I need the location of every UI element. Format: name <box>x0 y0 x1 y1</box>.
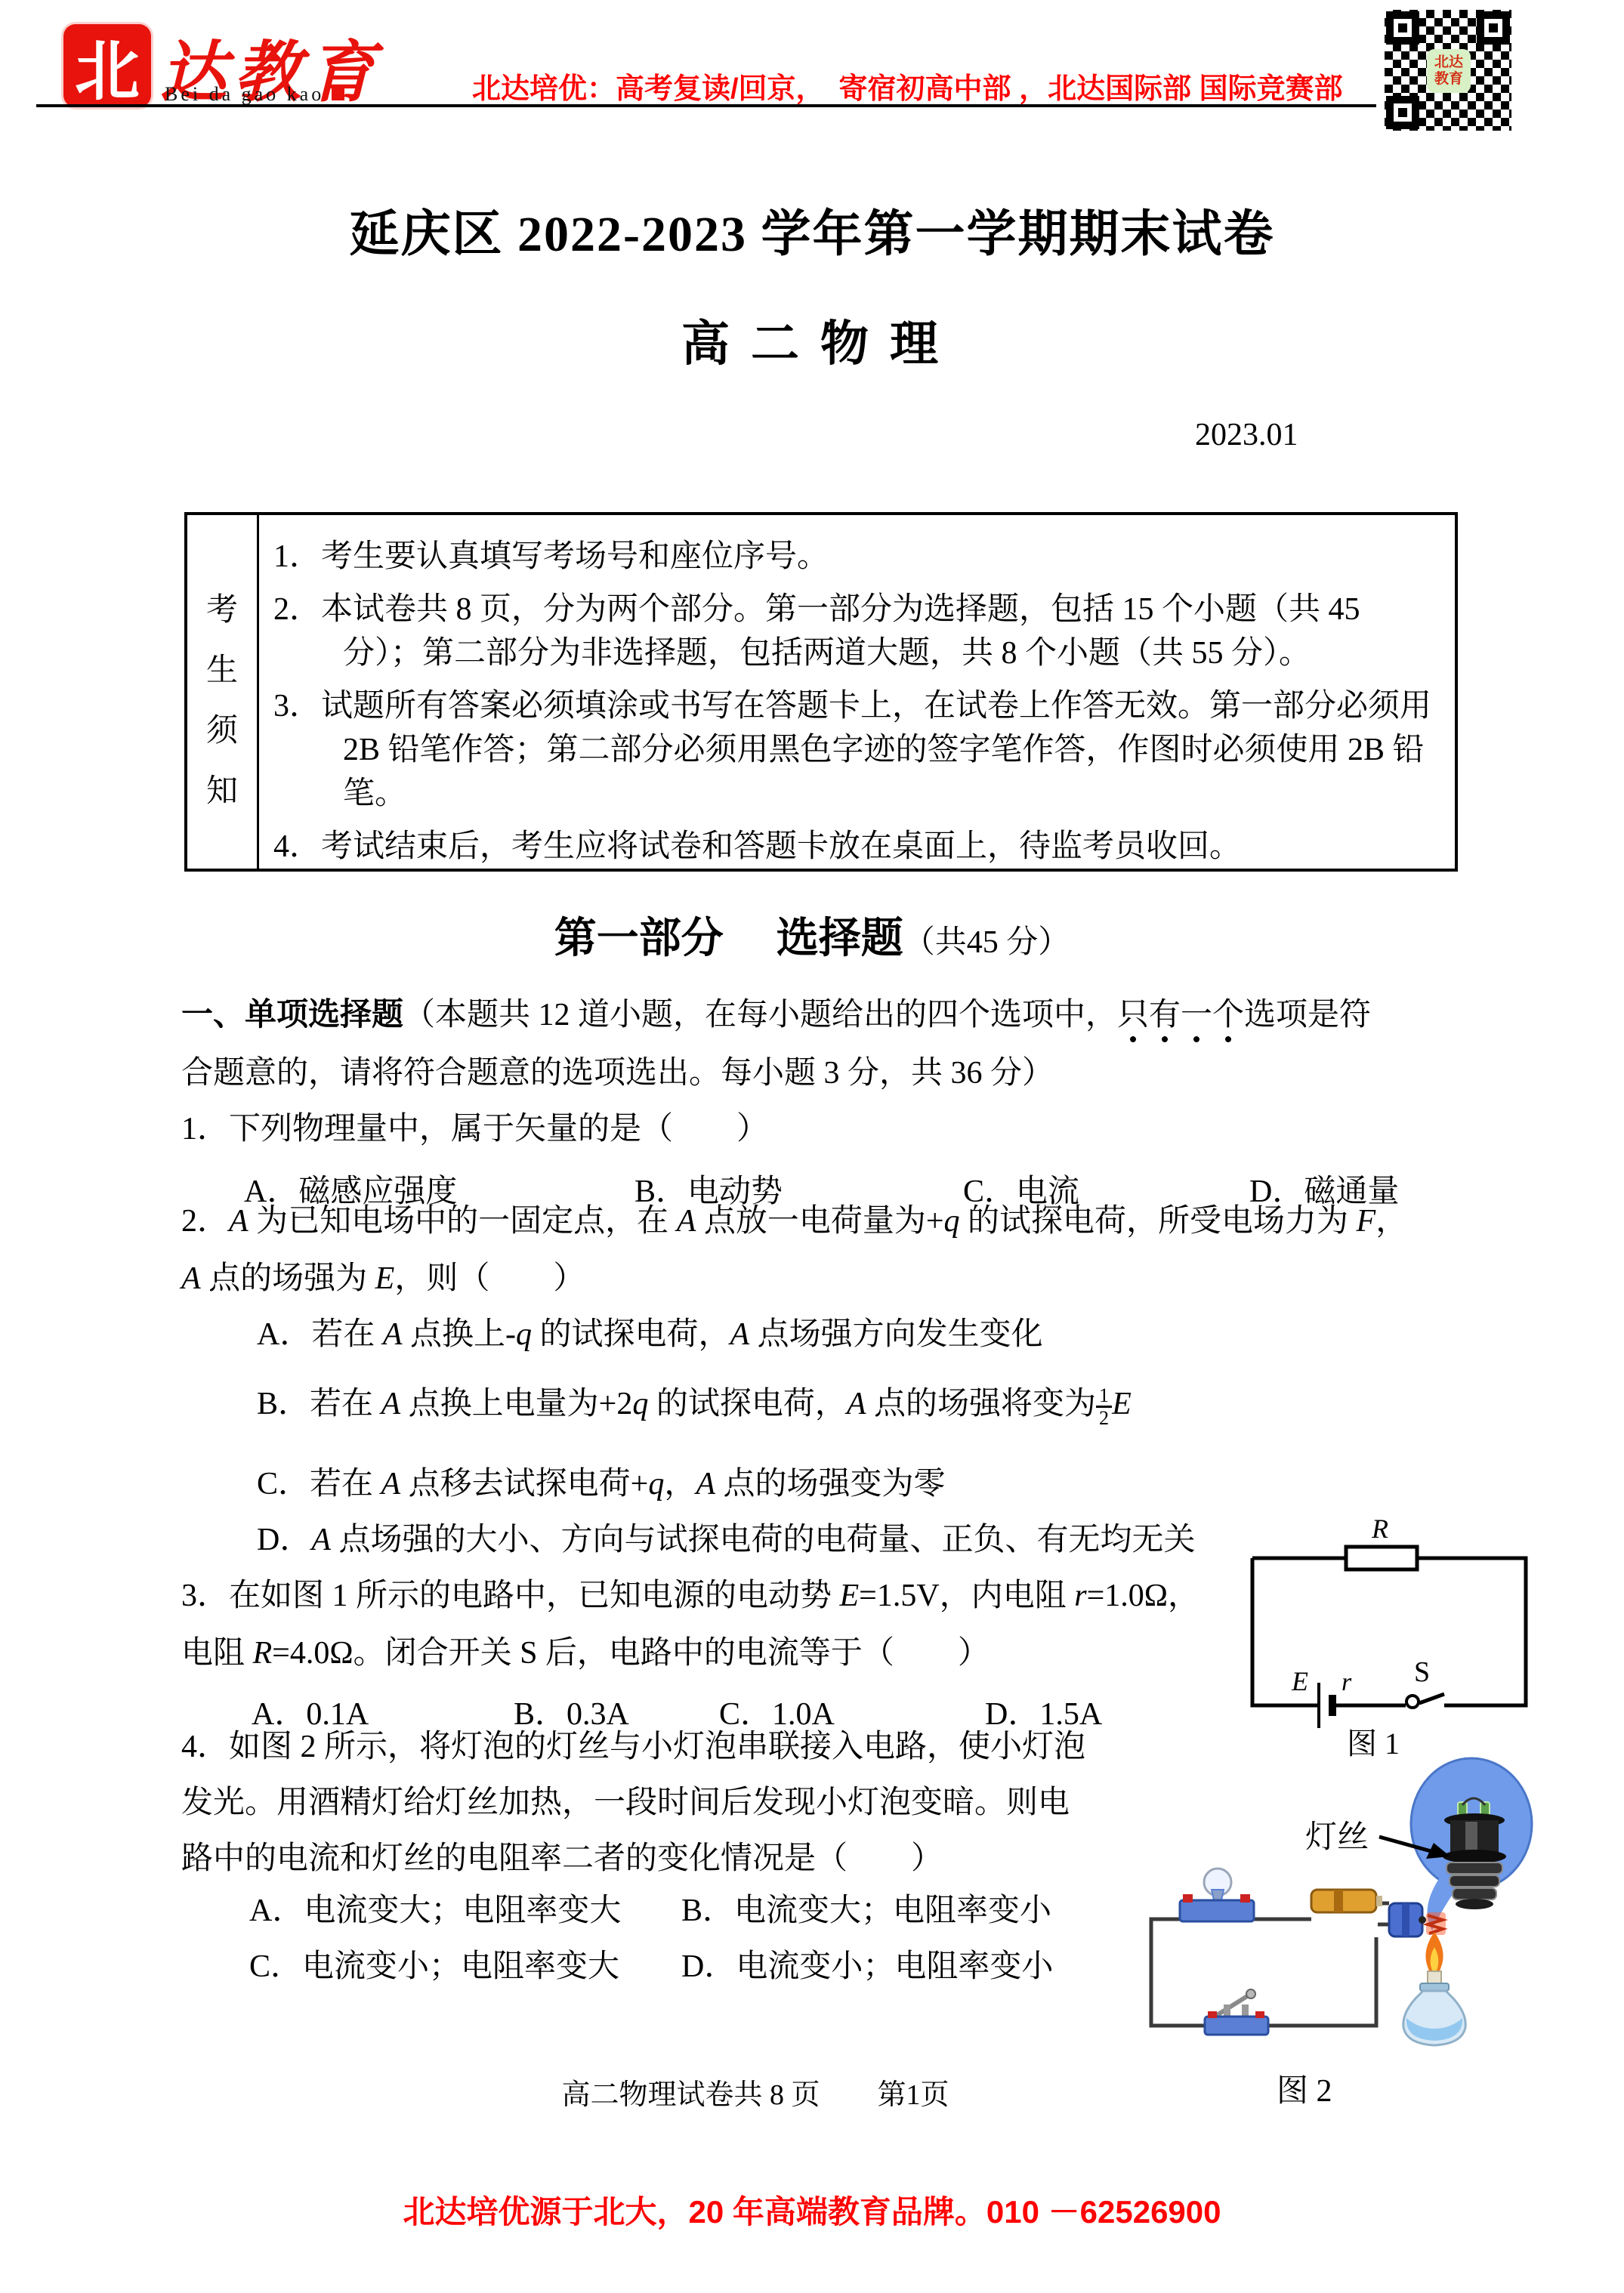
page-number-note: 高二物理试卷共 8 页 第1页 <box>0 2071 1511 2112</box>
seal-character: 北 <box>75 19 140 113</box>
exam-paper-page: 北 达教育 Bei da gao kao 北达培优：高考复读/回京， 寄宿初高中… <box>0 0 1624 2293</box>
brand-subtitle: Bei da gao kao <box>165 83 344 106</box>
question-3-stem-line1: 3．在如图 1 所示的电路中，已知电源的电动势 E=1.5V，内电阻 r=1.0… <box>181 1575 1199 1616</box>
filament-callout-label: 灯丝 <box>1305 1820 1369 1855</box>
brand-seal-logo: 北 <box>63 24 151 107</box>
single-choice-intro-line2: 合题意的，请将符合题意的选项选出。每小题 3 分，共 36 分） <box>181 1053 1054 1094</box>
notice-item: 1．考生要认真填写考场号和座位序号。 <box>343 535 1434 579</box>
internal-resistance-label: r <box>1341 1668 1352 1696</box>
question-4-stem-line2: 发光。用酒精灯给灯丝加热，一段时间后发现小灯泡变暗。则电 <box>181 1782 1070 1823</box>
red-square-icon <box>332 88 344 100</box>
question-2-option-d: D．A 点场强的大小、方向与试探电荷的电荷量、正负、有无均无关 <box>257 1520 1196 1560</box>
question-4-stem-line3: 路中的电流和灯丝的电阻率二者的变化情况是（ ） <box>181 1838 943 1879</box>
single-choice-intro-line1: 一、单项选择题（本题共 12 道小题，在每小题给出的四个选项中，只有一个选项是符 <box>181 994 1371 1035</box>
qr-finder-icon <box>1477 11 1510 45</box>
question-2-option-c: C．若在 A 点移去试探电荷+q，A 点的场强变为零 <box>257 1464 946 1504</box>
emf-label: E <box>1291 1666 1308 1696</box>
question-1-stem: 1．下列物理量中，属于矢量的是（ ） <box>181 1109 768 1150</box>
alcohol-lamp <box>1403 1971 1465 2045</box>
heated-filament <box>1426 1912 1446 1935</box>
resistor-label: R <box>1371 1514 1388 1544</box>
circuit-figure-1: R E r S 图 1 <box>1246 1511 1533 1767</box>
header-slogan: 北达培优：高考复读/回京， 寄宿初高中部 ，北达国际部 国际竞赛部 <box>472 65 1343 106</box>
notice-side-label: 考 生 须 知 <box>187 515 259 869</box>
question-2-stem-line1: 2．A 为已知电场中的一固定点，在 A 点放一电荷量为+q 的试探电荷，所受电场… <box>181 1201 1407 1242</box>
notice-item: 4．考试结束后，考生应将试卷和答题卡放在桌面上，待监考员收回。 <box>343 825 1434 869</box>
battery-cell <box>1311 1890 1382 1912</box>
question-4-stem-line1: 4．如图 2 所示，将灯泡的灯丝与小灯泡串联接入电路，使小灯泡 <box>181 1727 1085 1767</box>
question-2-option-b: B．若在 A 点换上电量为+2q 的试探电荷，A 点的场强将变为12E <box>257 1384 1132 1429</box>
header-divider <box>36 104 1376 107</box>
subject-title: 高 二 物 理 <box>0 305 1624 375</box>
qr-finder-icon <box>1386 11 1419 45</box>
question-4-option-d: D．电流变小；电阻率变小 <box>681 1941 1053 1986</box>
experiment-switch <box>1205 1989 1268 2035</box>
question-2-stem-line2: A 点的场强为 E，则（ ） <box>181 1258 585 1299</box>
qr-code: 北达 教育 <box>1385 10 1511 131</box>
question-4-option-c: C．电流变小；电阻率变大 <box>249 1941 619 1986</box>
notice-items: 1．考生要认真填写考场号和座位序号。 2．本试卷共 8 页，分为两个部分。第一部… <box>259 515 1455 869</box>
qr-center-badge: 北达 教育 <box>1427 49 1471 93</box>
small-lamp <box>1180 1869 1254 1921</box>
candidate-notice-box: 考 生 须 知 1．考生要认真填写考场号和座位序号。 2．本试卷共 8 页，分为… <box>184 512 1458 872</box>
section-heading: 第一部分选择题（共45 分） <box>0 905 1624 965</box>
question-4-option-b: B．电流变大；电阻率变小 <box>681 1885 1051 1930</box>
question-2-option-a: A．若在 A 点换上-q 的试探电荷，A 点场强方向发生变化 <box>257 1314 1043 1355</box>
qr-finder-icon <box>1386 96 1419 129</box>
paper-title: 延庆区 2022-2023 学年第一学期期末试卷 <box>0 193 1624 265</box>
switch-contact <box>1406 1696 1419 1708</box>
resistor-symbol <box>1346 1547 1417 1569</box>
paper-date: 2023.01 <box>1195 417 1298 453</box>
notice-item: 3．试题所有答案必须填涂或书写在答题卡上，在试卷上作答无效。第一部分必须用 2B… <box>343 684 1434 816</box>
notice-item: 2．本试卷共 8 页，分为两个部分。第一部分为选择题，包括 15 个小题（共 4… <box>343 588 1434 675</box>
question-3-stem-line2: 电阻 R=4.0Ω。闭合开关 S 后，电路中的电流等于（ ） <box>181 1633 990 1674</box>
switch-label: S <box>1414 1656 1430 1688</box>
question-4-option-a: A．电流变大；电阻率变大 <box>249 1885 621 1930</box>
connector-block <box>1389 1903 1426 1937</box>
footer-slogan: 北达培优源于北大，20 年高端教育品牌。010 －62526900 <box>0 2187 1624 2233</box>
experiment-figure-2: 灯丝 <box>1133 1752 1571 2122</box>
